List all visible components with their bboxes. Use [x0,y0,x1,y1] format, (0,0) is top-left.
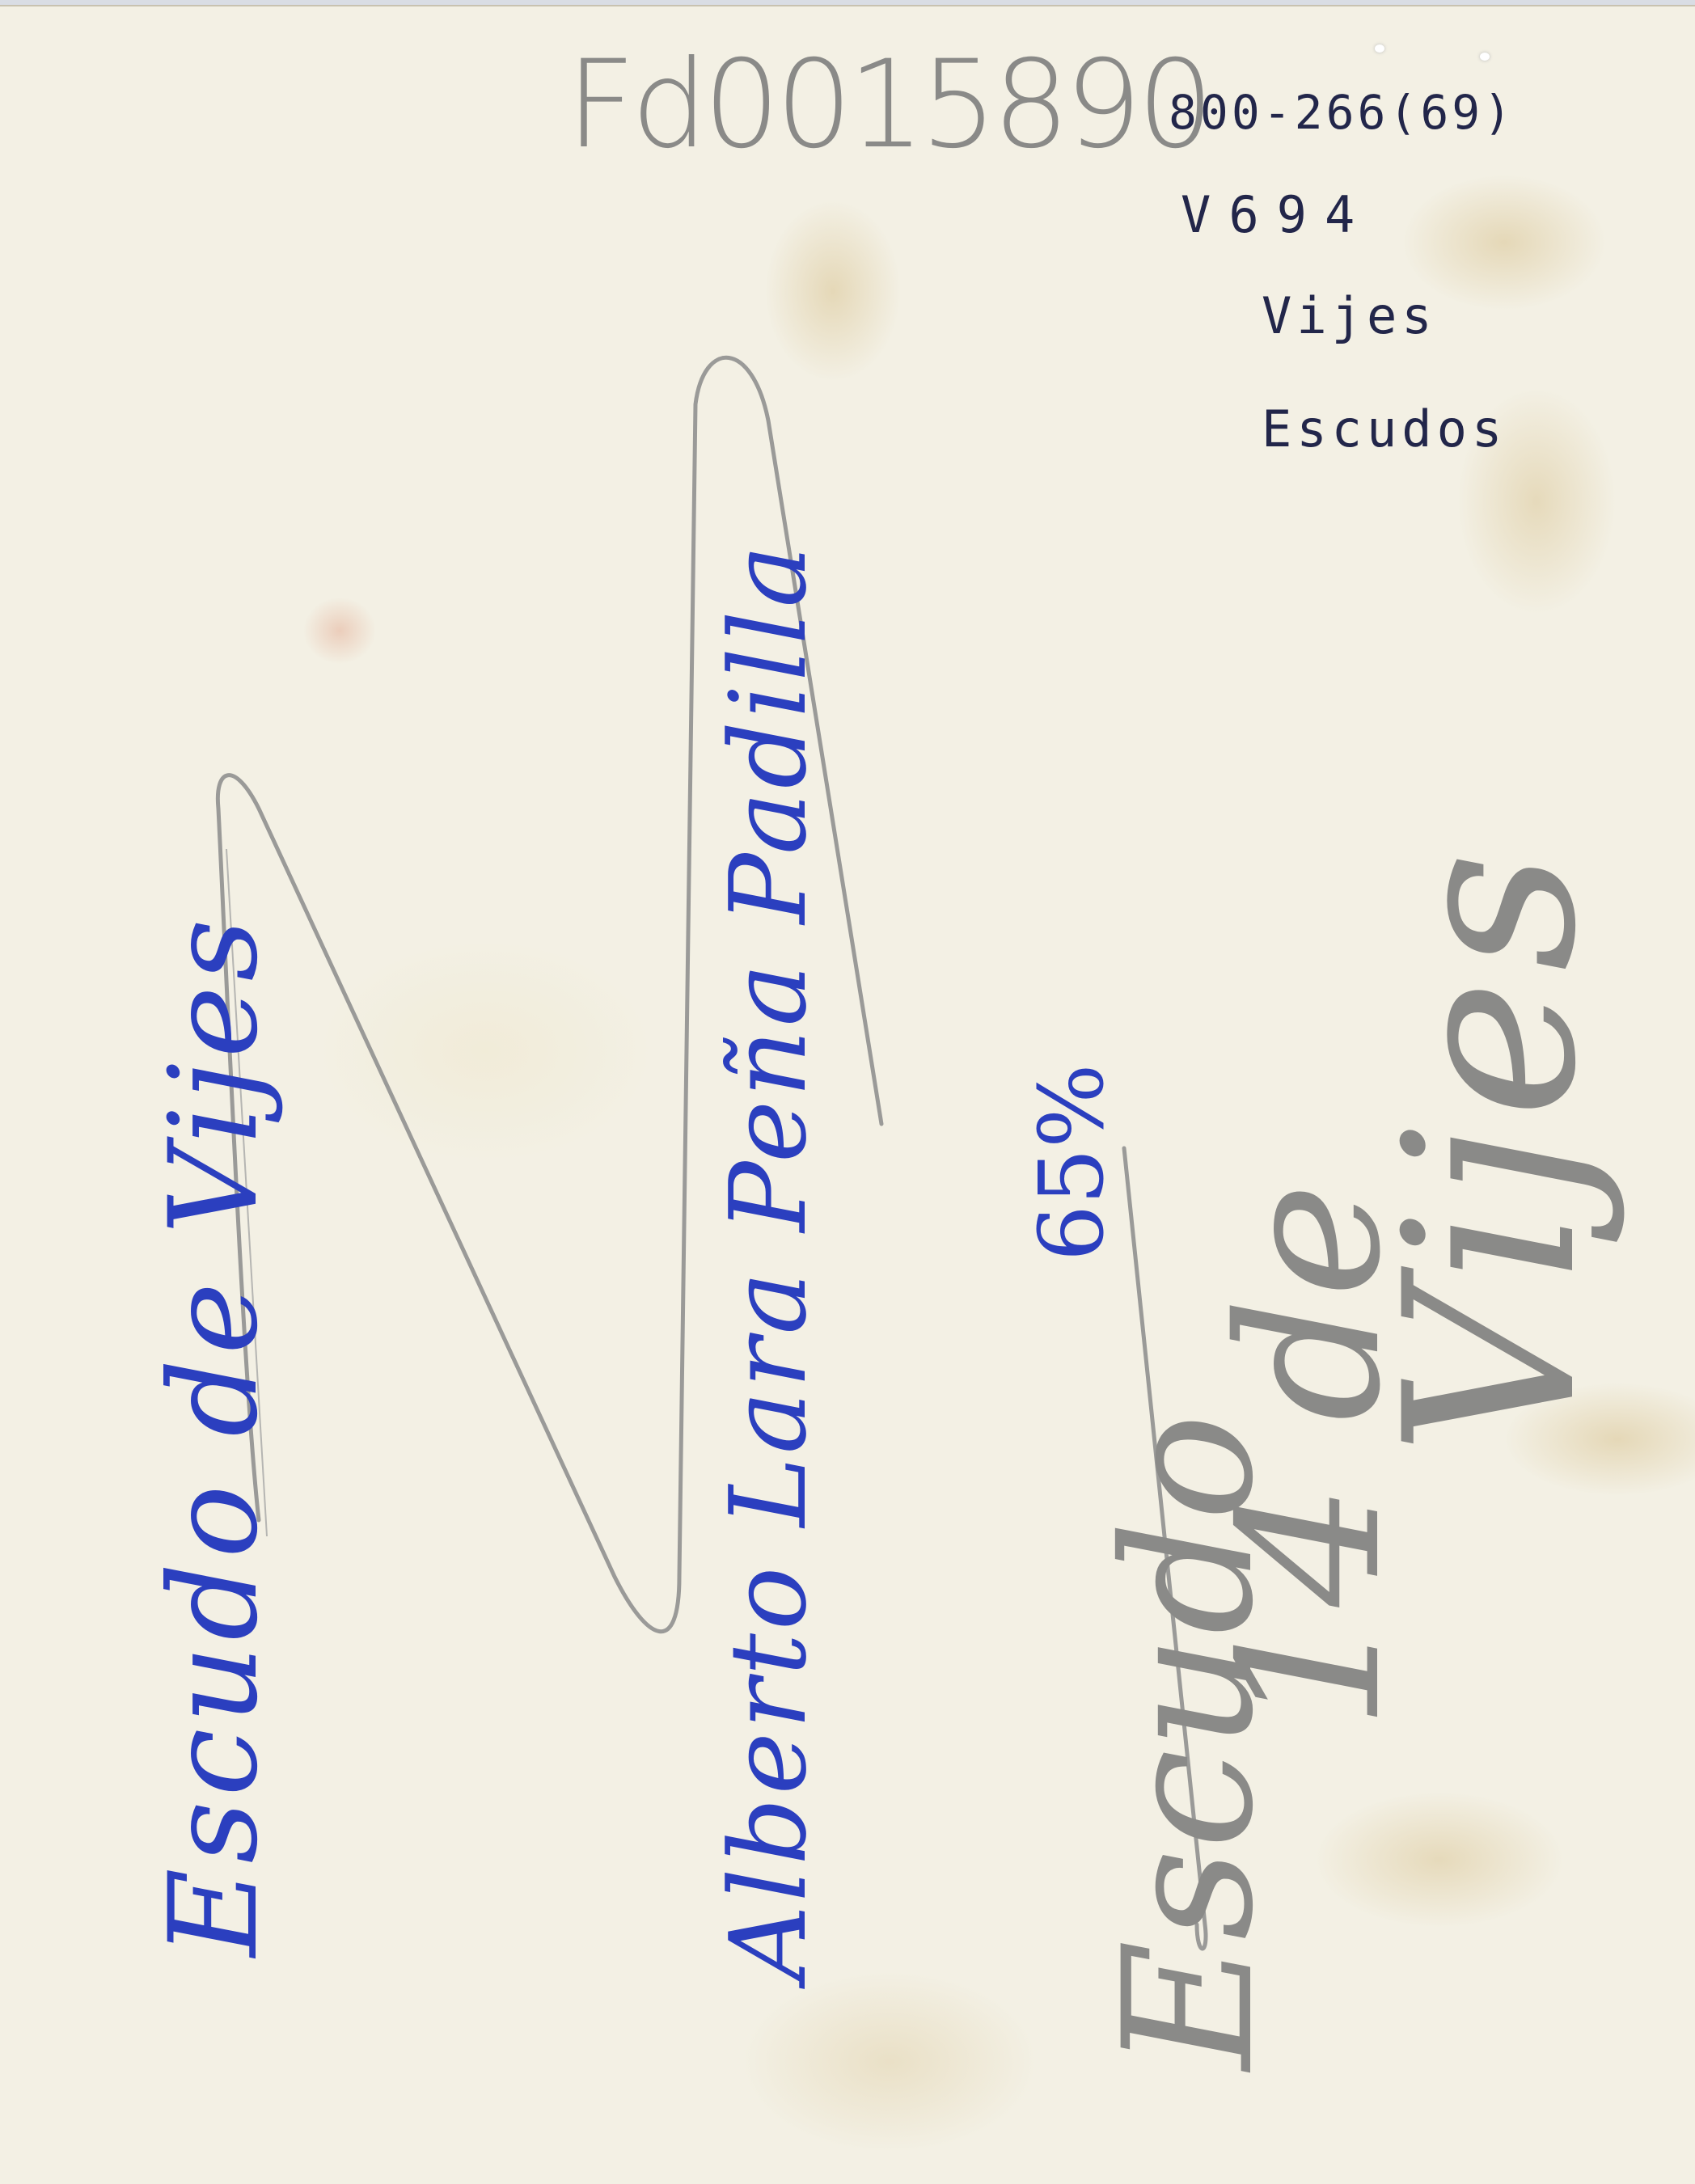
reference-subject: Escudos [1262,404,1507,454]
catalog-number: Fd0015890 [566,44,1210,166]
reference-code: 800-266(69) [1169,89,1515,136]
caption-author: Alberto Lara Peña Padilla [716,542,821,1981]
reference-place: Vijes [1262,291,1437,341]
caption-scale: 65% [1027,1064,1116,1262]
reference-id: V694 [1181,190,1372,240]
caption-title: Escudo de Vijes [154,915,275,1958]
pencil-note-place: Vijes [1375,843,1609,1455]
